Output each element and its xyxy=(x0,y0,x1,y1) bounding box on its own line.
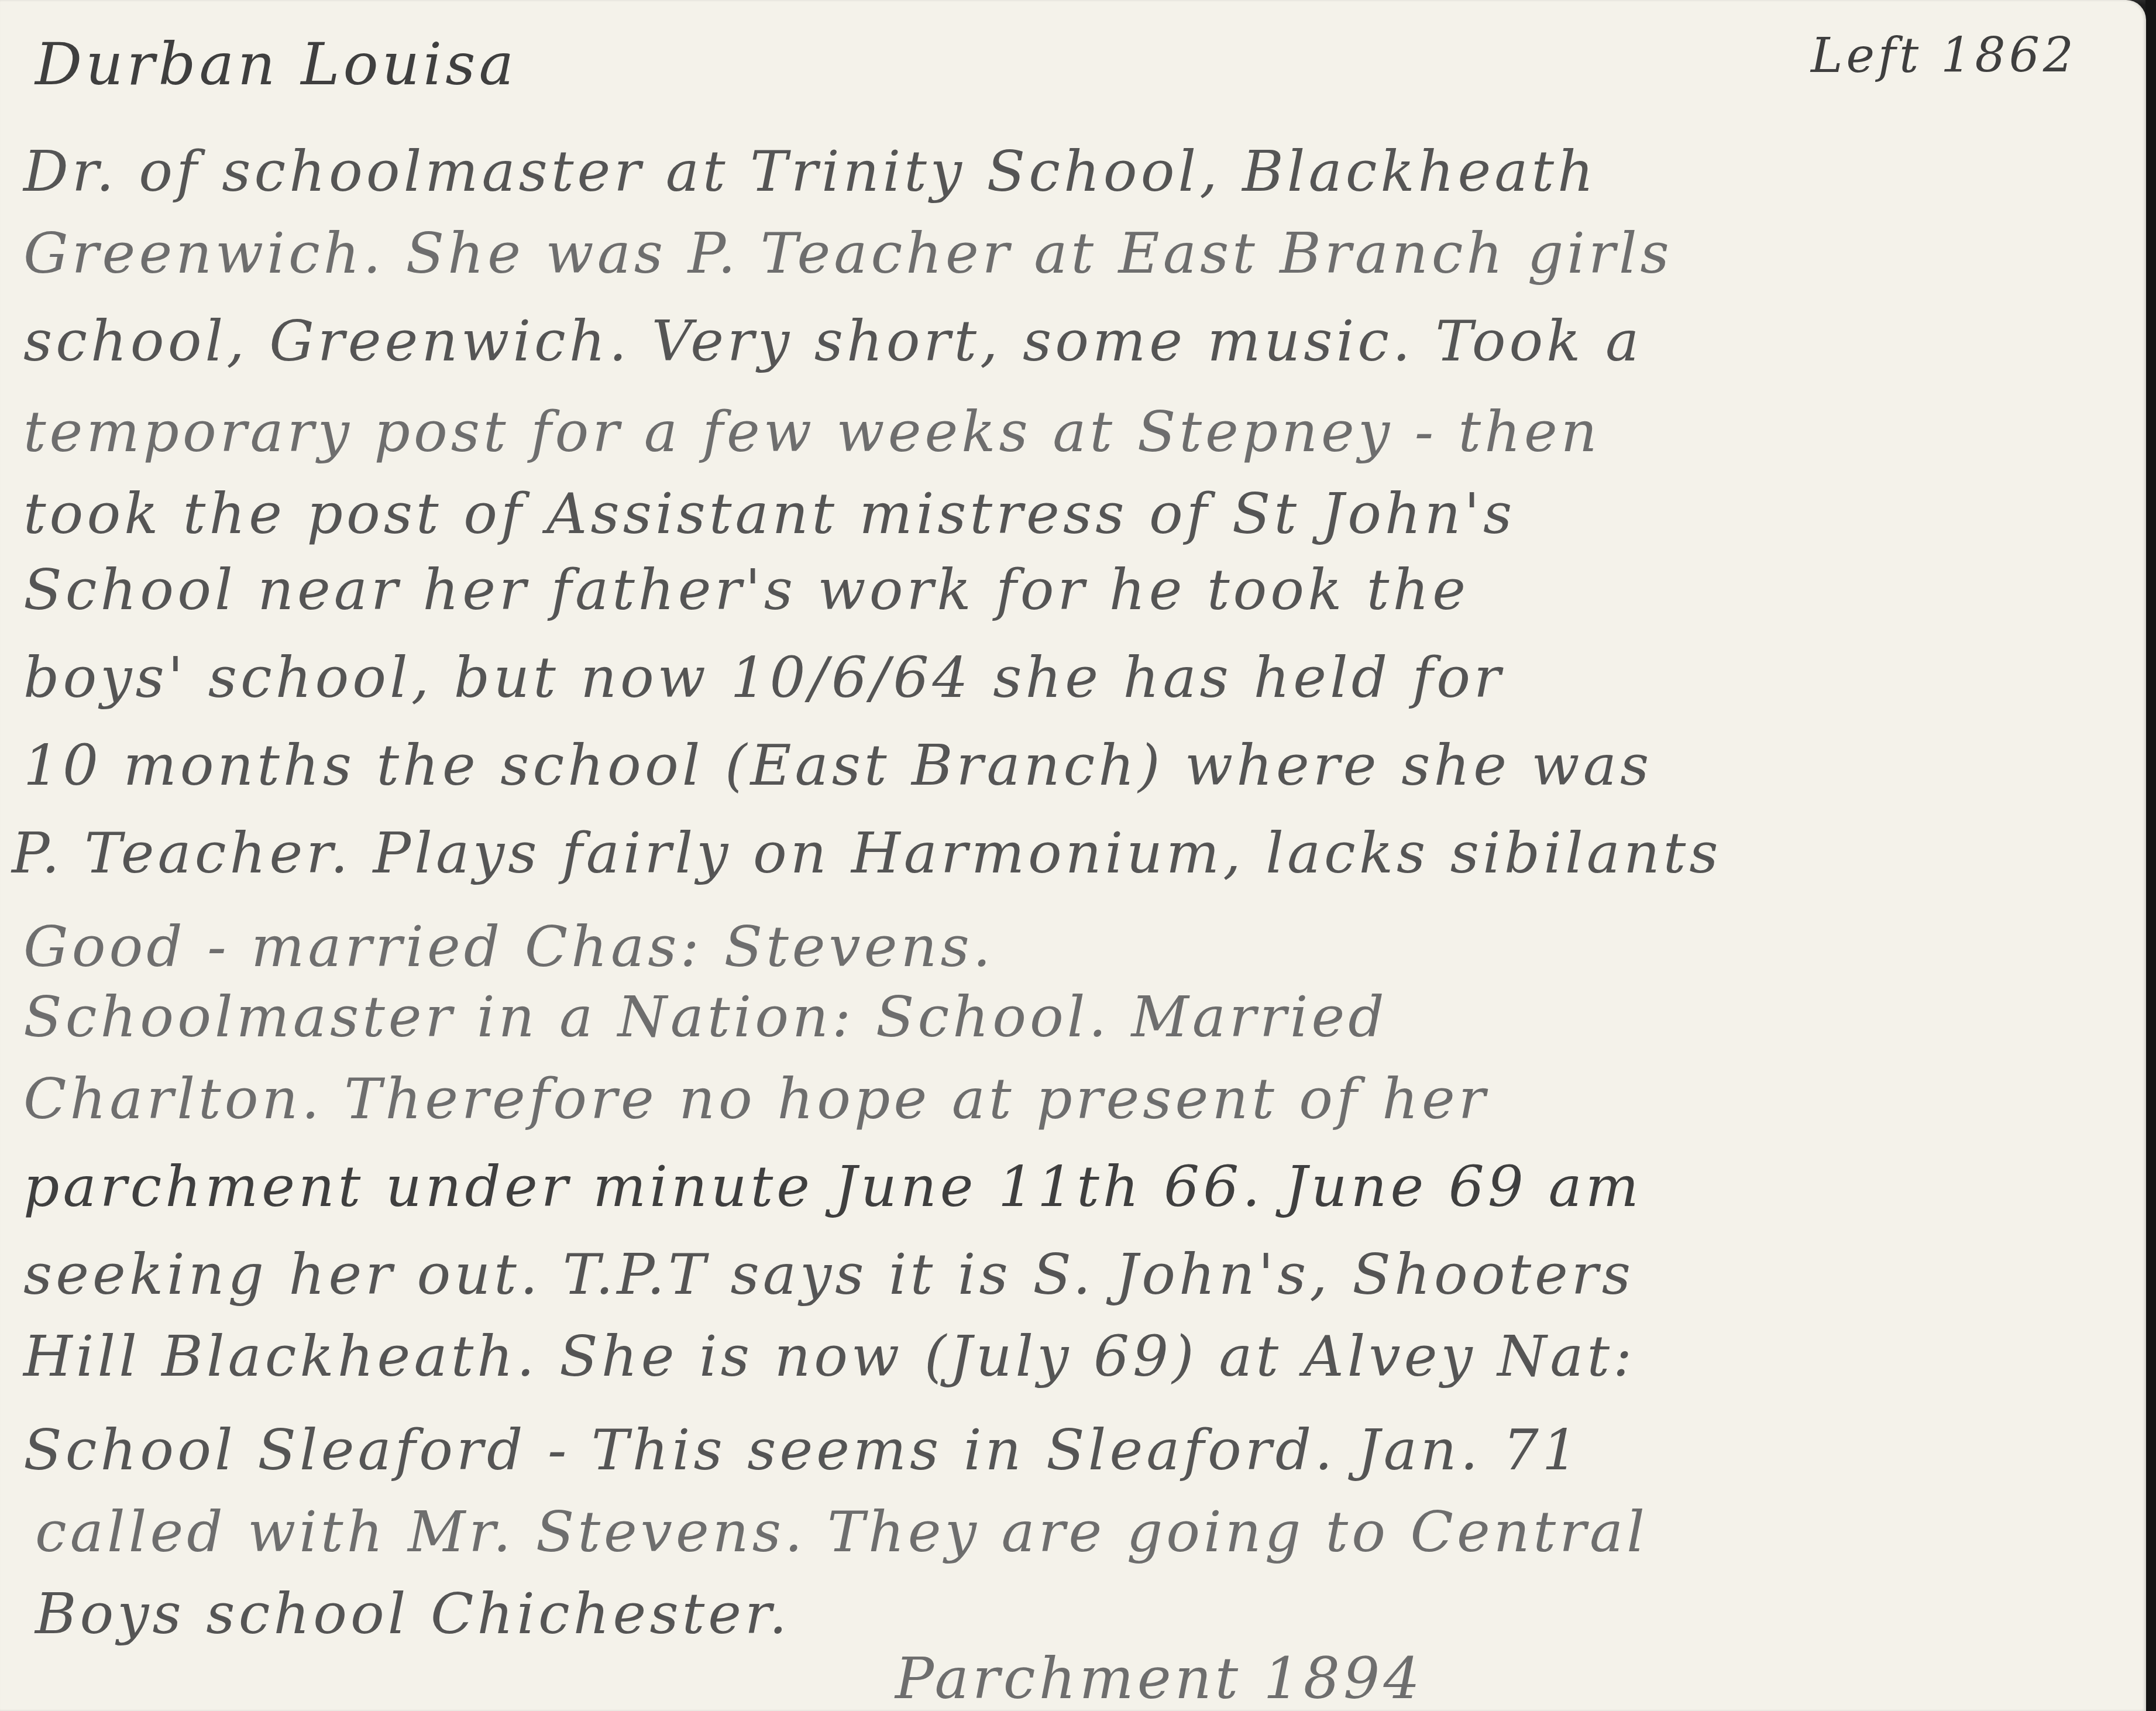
text-line: temporary post for a few weeks at Stepne… xyxy=(23,404,1601,460)
text-line: School near her father's work for he too… xyxy=(23,562,1469,618)
text-line: seeking her out. T.P.T says it is S. Joh… xyxy=(23,1246,1634,1303)
text-line: P. Teacher. Plays fairly on Harmonium, l… xyxy=(12,825,1722,881)
text-line: 10 months the school (East Branch) where… xyxy=(23,737,1652,793)
text-line: Good - married Chas: Stevens. xyxy=(23,919,994,975)
text-line: Dr. of schoolmaster at Trinity School, B… xyxy=(23,143,1597,200)
text-line: Greenwich. She was P. Teacher at East Br… xyxy=(23,225,1673,281)
text-line: school, Greenwich. Very short, some musi… xyxy=(23,313,1642,369)
scan-border-right xyxy=(2145,0,2156,1711)
left-date: Left 1862 xyxy=(1811,32,2077,80)
index-card: Durban Louisa Left 1862 Dr. of schoolmas… xyxy=(0,0,2146,1711)
text-line: Boys school Chichester. xyxy=(35,1586,790,1642)
parchment-footer: Parchment 1894 xyxy=(895,1650,1423,1707)
text-line: Hill Blackheath. She is now (July 69) at… xyxy=(23,1328,1635,1384)
text-line: Schoolmaster in a Nation: School. Marrie… xyxy=(23,989,1388,1045)
text-line: called with Mr. Stevens. They are going … xyxy=(35,1504,1648,1560)
text-line: parchment under minute June 11th 66. Jun… xyxy=(23,1159,1642,1215)
text-line: School Sleaford - This seems in Sleaford… xyxy=(23,1422,1581,1478)
card-name-heading: Durban Louisa xyxy=(35,35,517,94)
text-line: Charlton. Therefore no hope at present o… xyxy=(23,1071,1489,1127)
text-line: boys' school, but now 10/6/64 she has he… xyxy=(23,650,1504,706)
text-line: took the post of Assistant mistress of S… xyxy=(23,486,1515,542)
